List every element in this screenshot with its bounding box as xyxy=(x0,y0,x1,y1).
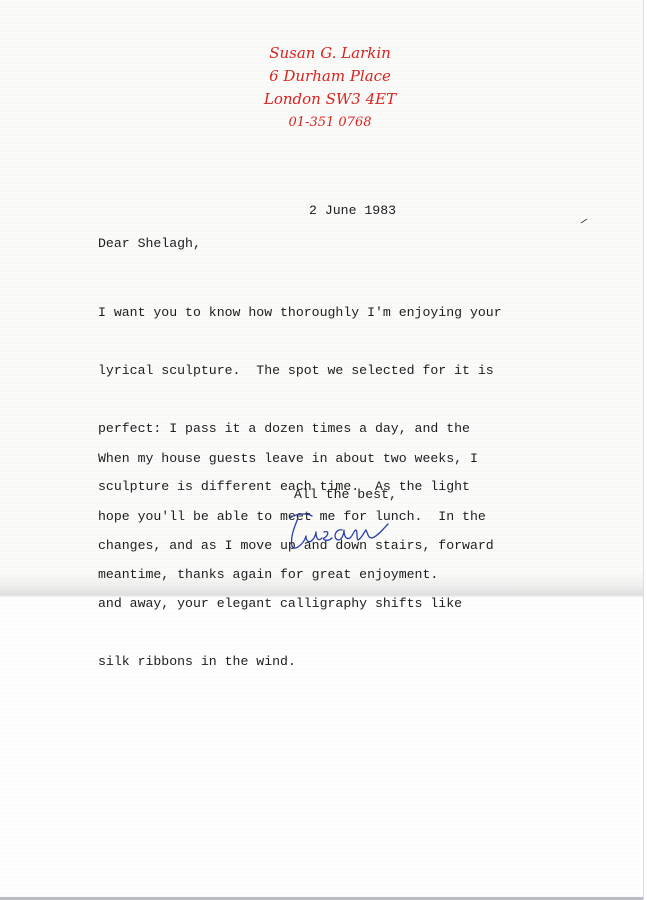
paragraph-line: lyrical sculpture. The spot we selected … xyxy=(98,361,502,380)
paragraph-line: meantime, thanks again for great enjoyme… xyxy=(98,565,486,584)
salutation: Dear Shelagh, xyxy=(98,234,201,253)
paragraph-line: When my house guests leave in about two … xyxy=(98,449,486,468)
letterhead-address-line2: London SW3 4ET xyxy=(250,88,410,111)
letter-date: 2 June 1983 xyxy=(309,201,396,220)
paragraph-line: I want you to know how thoroughly I'm en… xyxy=(98,303,502,322)
signature-susan xyxy=(284,508,404,554)
letterhead-name: Susan G. Larkin xyxy=(250,42,410,65)
letterhead-phone: 01-351 0768 xyxy=(250,111,410,134)
paragraph-line: silk ribbons in the wind. xyxy=(98,652,502,671)
letterhead-address-line1: 6 Durham Place xyxy=(250,65,410,88)
stray-pen-mark xyxy=(580,218,588,224)
letterhead: Susan G. Larkin 6 Durham Place London SW… xyxy=(250,42,410,134)
closing: All the best, xyxy=(294,485,397,504)
